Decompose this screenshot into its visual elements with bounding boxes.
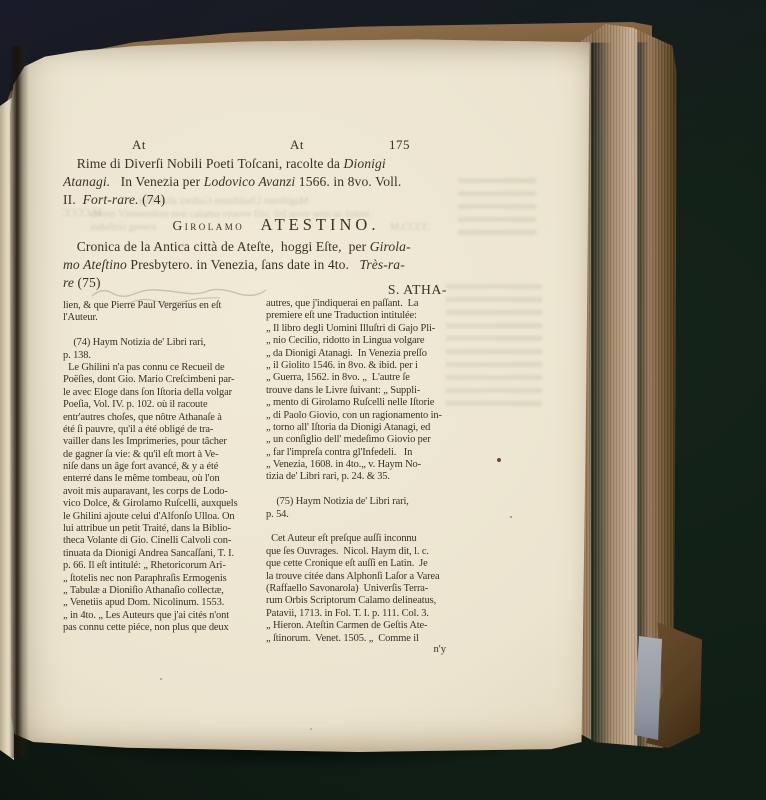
text-line: enterré dans le même tombeau, où l'on [63,473,265,485]
text-line: p. 54. [266,509,450,521]
italic-text: re [63,275,74,290]
text-line: tizia de' Libri rari, p. 24. & 35. [266,471,450,483]
bleedthrough-streak [446,284,542,412]
text-line: Patavii, 1713. in Fol. T. I. p. 111. Col… [266,608,450,620]
text-line: entr'autres choſes, que nôtre Athanaſe à [63,412,265,424]
text-line: Le Ghilini n'a pas connu ce Recueil de [63,362,265,374]
text-line: „ il Giolito 1546. in 8vo. & ibid. per i [266,360,450,372]
italic-text: Atanagi. [63,174,110,189]
roman-text: Presbytero. in Venezia, ſans date in 4to… [127,257,360,272]
text-line: l'Auteur. [63,312,265,324]
paper-speck [497,458,501,462]
text-line [63,325,265,337]
text-line: trouve dans le Livre ſuivant: „ Suppli- [266,385,450,397]
text-line: niſe dans un âge fort avancé, & y a été [63,461,265,473]
text-line: vailler dans les Imprimeries, pour tâche… [63,436,265,448]
roman-text: In Venezia per [110,174,204,189]
text-line: „ mento di Girolamo Ruſcelli nelle Iſtor… [266,397,450,409]
section-heading-girolamo-atestino: Girolamo ATESTINO. [63,215,467,235]
heading-forename: Girolamo [173,218,245,233]
text-line: „ Hieron. Ateſtin Carmen de Geſtis Ate- [266,620,450,632]
text-line: Cronica de la Antica città de Ateſte, ho… [63,239,445,257]
text-line: „ Tabulæ a Dioniſio Athanaſio collectæ, [63,585,265,597]
text-line: été ſi pauvre, qu'il a été obligé de tra… [63,424,265,436]
text-line: rum Orbis Scriptorum Calamo delineatus, [266,595,450,607]
text-line: pas connu cette piéce, non plus que deux [63,622,265,634]
text-line: lien, & que Pierre Paul Vergerius en eſt [63,300,265,312]
page-number: 175 [362,137,410,153]
text-line: p. 138. [63,350,265,362]
pastedown-strip [634,636,662,740]
catchword-s-atha: S. ATHA- [266,282,447,298]
text-line: (75) Haym Notizia de' Libri rari, [266,496,450,508]
italic-text: Dionigi [344,156,386,171]
heading-surname [244,215,260,234]
text-line: „ in 4to. „ Les Auteurs que j'ai cités n… [63,610,265,622]
roman-text: 1566. in 8vo. Voll. [295,174,401,189]
text-line: Rime di Diverſi Nobili Poeti Toſcani, ra… [63,156,445,174]
text-line: „ di Paolo Giovio, con un ragionamento i… [266,410,450,422]
text-line: Poeſia, Vol. IV. p. 102. où il racoute [63,399,265,411]
text-line: „ Guerra, 1562. in 8vo. „ L'autre ſe [266,372,450,384]
text-line: „ torno all' Iſtoria da Dionigi Atanagi,… [266,422,450,434]
text-line: que cette Cronique eſt auſſi en Latin. J… [266,558,450,570]
notes-column-right: autres, que j'indiquerai en paſſant. Lap… [266,298,450,645]
text-line: p. 66. Il eſt intitulé: „ Rhetoricorum A… [63,560,265,572]
text-line: autres, que j'indiquerai en paſſant. La [266,298,450,310]
paper-speck [510,516,512,518]
text-line: avoit mis auparavant, les corps de Lodo- [63,486,265,498]
italic-text: Girola- [370,239,411,254]
text-line: II. Fort-rare. (74) [63,192,445,210]
entry-rime-di-diversi: Rime di Diverſi Nobili Poeti Toſcani, ra… [63,156,445,210]
screenshot-root: { "scene": { "description": "Photograph … [0,0,766,800]
roman-text: Cronica de la Antica città de Ateſte, ho… [63,239,370,254]
text-line: tinuata da Dionigi Andrea Sancaſſani, T.… [63,548,265,560]
text-line: le Ghilini ajoute celui d'Alfonſo Ulloa.… [63,511,265,523]
text-line: (Raffaello Savonarola) Univerſis Terra- [266,583,450,595]
text-line: „ nio Cecilio, ridotto in Lingua volgare [266,335,450,347]
heading-surname: ATESTINO. [261,215,380,234]
text-line: de gagner ſa vie: & qu'il eſt mort à Ve- [63,449,265,461]
paper-speck [310,728,312,730]
text-line: theca Volante di Gio. Cinelli Calvoli co… [63,535,265,547]
text-line: la trouve citée dans Alphonſi Laſor a Va… [266,571,450,583]
text-line: „ Venezia, 1608. in 4to.„ v. Haym No- [266,459,450,471]
text-line: vico Dolce, & Girolamo Ruſcelli, auxquel… [63,498,265,510]
text-line: Poëſies, dont Gio. Mario Creſcimbeni par… [63,374,265,386]
roman-text: Rime di Diverſi Nobili Poeti Toſcani, ra… [63,156,344,171]
text-line: le avec Eloge dans ſon Iſtoria della vol… [63,387,265,399]
text-line [266,521,450,533]
text-line: premiere eſt une Traduction intitulée: [266,310,450,322]
text-line: (74) Haym Notizia de' Libri rari, [63,337,265,349]
book-page: Magiſtrum Ubaldinum Gallora alias Flor c… [10,38,592,752]
text-line: „ un conſiglio dell' medeſimo Giovio per [266,434,450,446]
text-line: „ Venetiis apud Dom. Nicolinum. 1553. [63,597,265,609]
text-line: „ far l'impreſa contra gl'Infedeli. In [266,447,450,459]
roman-text: II. [63,192,83,207]
text-line [266,484,450,496]
catchword-ny: n'y [266,644,446,655]
text-line: „ ſtotelis nec non Paraphraſis Ermogenis [63,573,265,585]
text-line: Atanagi. In Venezia per Lodovico Avanzi … [63,174,445,192]
running-header-left: At [132,137,146,153]
roman-text: (74) [139,192,166,207]
text-line: „ da Dionigi Atanagi. In Venezia preſſo [266,348,450,360]
italic-text: Lodovico Avanzi [204,174,296,189]
italic-text: Fort-rare. [83,192,139,207]
roman-text: (75) [74,275,101,290]
paper-speck [160,678,162,680]
notes-column-left: lien, & que Pierre Paul Vergerius en eſt… [63,300,265,635]
text-line: mo Ateſtino Presbytero. in Venezia, ſans… [63,257,445,275]
running-header-right: At [290,137,304,153]
text-line: lui attribue un petit Traité, dans la Bi… [63,523,265,535]
text-line: Cet Auteur eſt preſque auſſi inconnu [266,533,450,545]
italic-text: mo Ateſtino [63,257,127,272]
italic-text: Très-ra- [359,257,404,272]
text-line: „ Il libro degli Uomini Illuſtri di Gajo… [266,323,450,335]
text-line: que ſes Ouvrages. Nicol. Haym dit, l. c. [266,546,450,558]
bleedthrough-streak [458,178,536,242]
